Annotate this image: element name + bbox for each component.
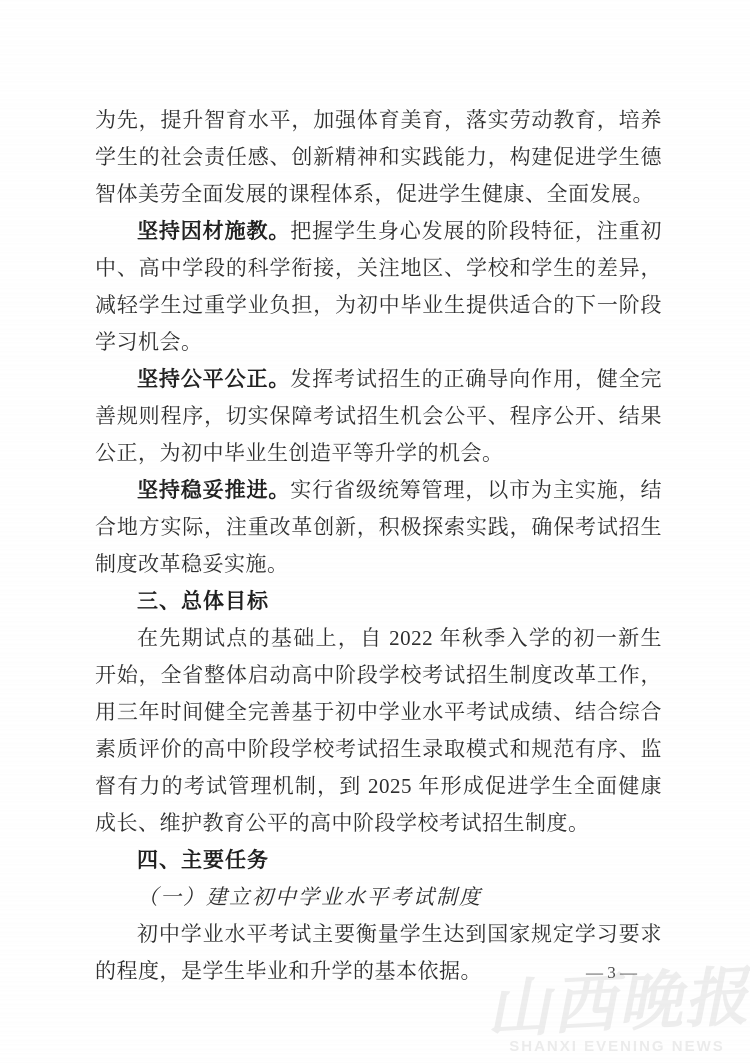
paragraph-overall-goal: 在先期试点的基础上，自 2022 年秋季入学的初一新生开始，全省整体启动高中阶段… bbox=[95, 620, 662, 842]
paragraph-lead-steady-advance: 坚持稳妥推进。 bbox=[137, 478, 290, 502]
paragraph-adapt-teaching: 坚持因材施教。把握学生身心发展的阶段特征，注重初中、高中学段的科学衔接，关注地区… bbox=[95, 213, 662, 361]
page-number: — 3 — bbox=[586, 963, 637, 983]
paragraph-task1: 初中学业水平考试主要衡量学生达到国家规定学习要求的程度，是学生毕业和升学的基本依… bbox=[95, 916, 662, 990]
paragraph-lead-fairness: 坚持公平公正。 bbox=[137, 367, 290, 391]
sub-heading-task1: （一）建立初中学业水平考试制度 bbox=[95, 879, 662, 916]
paragraph-continuation: 为先，提升智育水平，加强体育美育，落实劳动教育，培养学生的社会责任感、创新精神和… bbox=[95, 102, 662, 213]
document-body: 为先，提升智育水平，加强体育美育，落实劳动教育，培养学生的社会责任感、创新精神和… bbox=[95, 102, 662, 990]
paragraph-fairness: 坚持公平公正。发挥考试招生的正确导向作用，健全完善规则程序，切实保障考试招生机会… bbox=[95, 361, 662, 472]
section-heading-main-tasks: 四、主要任务 bbox=[95, 842, 662, 879]
paragraph-lead-adapt-teaching: 坚持因材施教。 bbox=[137, 219, 290, 243]
paragraph-steady-advance: 坚持稳妥推进。实行省级统筹管理，以市为主实施，结合地方实际，注重改革创新，积极探… bbox=[95, 472, 662, 583]
section-heading-overall-goal: 三、总体目标 bbox=[95, 583, 662, 620]
